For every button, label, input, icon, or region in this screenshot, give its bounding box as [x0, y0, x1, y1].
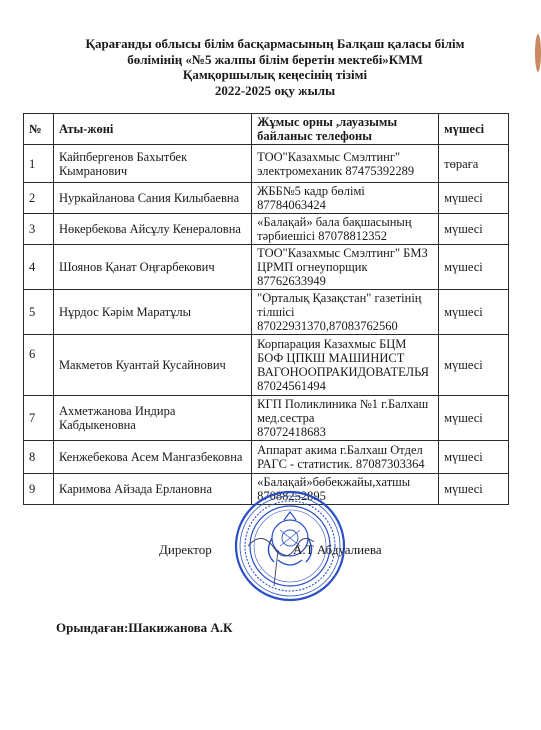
row-number: 2: [24, 183, 54, 214]
table-row: 5 Нұрдос Кәрім Маратұлы "Орталық Қазақст…: [24, 290, 509, 335]
column-header-name: Аты-жөні: [53, 114, 251, 145]
member-role: мүшесі: [439, 474, 509, 505]
row-number: 7: [24, 396, 54, 441]
table-row: 6 Макметов Куантай Кусайнович Корпарация…: [24, 335, 509, 396]
document-title: Қарағанды облысы білім басқармасының Бал…: [50, 36, 500, 98]
board-members-table: № Аты-жөні Жұмыс орны ,лауазымы байланыс…: [23, 113, 509, 505]
row-number: 6: [24, 335, 54, 396]
title-line-4: 2022-2025 оқу жылы: [50, 83, 500, 99]
row-number: 5: [24, 290, 54, 335]
member-role: мүшесі: [439, 335, 509, 396]
member-role: мүшесі: [439, 290, 509, 335]
title-line-2: бөлімінің «№5 жалпы білім беретін мектеб…: [50, 52, 500, 68]
member-name: Нұрдос Кәрім Маратұлы: [53, 290, 251, 335]
member-work: ТОО"Казахмыс Смэлтинг" БМЗ ЦРМП огнеупор…: [252, 245, 439, 290]
member-name: Кайпбергенов Бахытбек Кымранович: [53, 145, 251, 183]
member-name: Нуркайланова Сания Килыбаевна: [53, 183, 251, 214]
table-row: 3 Нөкербекова Айсұлу Кенераловна «Балақа…: [24, 214, 509, 245]
member-work: Аппарат акима г.Балхаш Отдел РАГС - стат…: [252, 441, 439, 474]
member-role: төраға: [439, 145, 509, 183]
title-line-3: Қамқоршылық кеңесінің тізімі: [50, 67, 500, 83]
member-name: Каримова Айзада Ерлановна: [53, 474, 251, 505]
table-row: 7 Ахметжанова Индира Кабдыкеновна КГП По…: [24, 396, 509, 441]
table-row: 8 Кенжебекова Асем Мангазбековна Аппарат…: [24, 441, 509, 474]
director-name: А.Т Абдуалиева: [293, 542, 382, 558]
member-work: ТОО"Казахмыс Смэлтинг" электромеханик 87…: [252, 145, 439, 183]
prepared-by: Орындаған:Шакижанова А.К: [56, 620, 232, 636]
member-role: мүшесі: [439, 214, 509, 245]
member-name: Макметов Куантай Кусайнович: [53, 335, 251, 396]
member-work: КГП Поликлиника №1 г.Балхаш мед.сестра 8…: [252, 396, 439, 441]
column-header-work: Жұмыс орны ,лауазымы байланыс телефоны: [252, 114, 439, 145]
row-number: 8: [24, 441, 54, 474]
column-header-number: №: [24, 114, 54, 145]
member-name: Нөкербекова Айсұлу Кенераловна: [53, 214, 251, 245]
row-number: 3: [24, 214, 54, 245]
member-work: Корпарация Казахмыс БЦМ БОФ ЦПКШ МАШИНИС…: [252, 335, 439, 396]
member-work: «Балақай» бала бақшасының тәрбиешісі 870…: [252, 214, 439, 245]
member-work: "Орталық Қазақстан" газетінің тілшісі 87…: [252, 290, 439, 335]
title-line-1: Қарағанды облысы білім басқармасының Бал…: [50, 36, 500, 52]
member-role: мүшесі: [439, 183, 509, 214]
column-header-role: мүшесі: [439, 114, 509, 145]
member-name: Шоянов Қанат Оңғарбекович: [53, 245, 251, 290]
director-label: Директор: [159, 542, 212, 558]
member-role: мүшесі: [439, 441, 509, 474]
table-row: 4 Шоянов Қанат Оңғарбекович ТОО"Казахмыс…: [24, 245, 509, 290]
member-name: Кенжебекова Асем Мангазбековна: [53, 441, 251, 474]
table-row: 1 Кайпбергенов Бахытбек Кымранович ТОО"К…: [24, 145, 509, 183]
row-number: 4: [24, 245, 54, 290]
row-number: 9: [24, 474, 54, 505]
member-role: мүшесі: [439, 245, 509, 290]
table-header-row: № Аты-жөні Жұмыс орны ,лауазымы байланыс…: [24, 114, 509, 145]
member-role: мүшесі: [439, 396, 509, 441]
member-work: ЖББ№5 кадр бөлімі 87784063424: [252, 183, 439, 214]
table-row: 2 Нуркайланова Сания Килыбаевна ЖББ№5 ка…: [24, 183, 509, 214]
row-number: 1: [24, 145, 54, 183]
scan-edge-mark: [535, 34, 541, 72]
member-name: Ахметжанова Индира Кабдыкеновна: [53, 396, 251, 441]
